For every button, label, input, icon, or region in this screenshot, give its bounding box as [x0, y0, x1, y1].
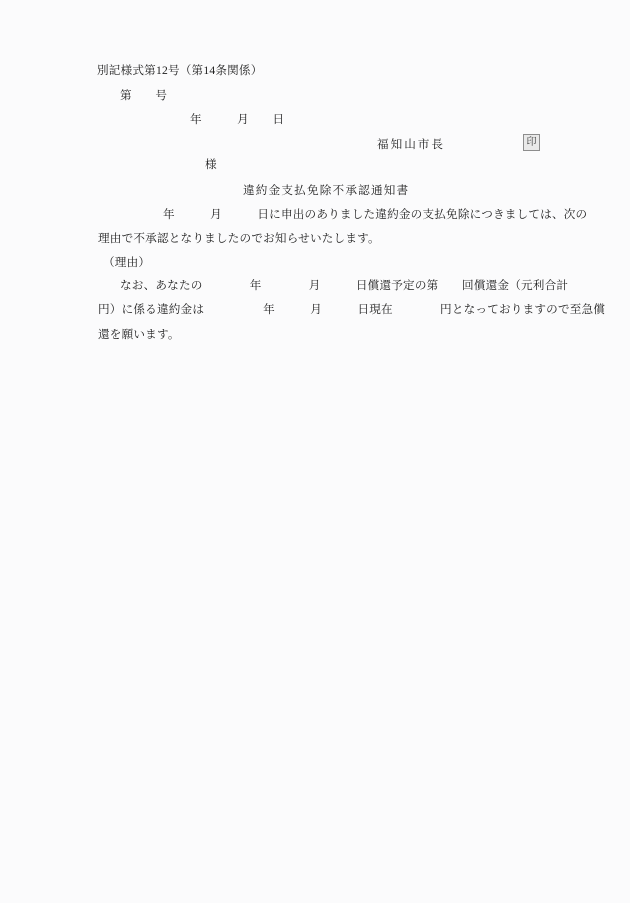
body-paragraph1-line2: 理由で不承認となりましたのでお知らせいたします。: [98, 231, 380, 246]
addressee-honorific: 様: [205, 157, 217, 172]
document-title: 違約金支払免除不承認通知書: [243, 183, 409, 198]
body-paragraph2-line1: なお、あなたの 年 月 日償還予定の第 回償還金（元利合計: [120, 278, 568, 293]
seal-mark: 印: [523, 134, 540, 151]
date-line: 年 月 日: [190, 112, 284, 127]
body-paragraph1-line1: 年 月 日に申出のありました違約金の支払免除につきましては、次の: [163, 207, 587, 222]
reason-label: （理由）: [103, 255, 150, 270]
document-page: 別記様式第12号（第14条関係） 第 号 年 月 日 福知山市長 印 様 違約金…: [0, 0, 630, 903]
form-reference: 別記様式第12号（第14条関係）: [97, 63, 263, 78]
sender-name: 福知山市長: [377, 137, 445, 152]
document-number-line: 第 号: [120, 88, 167, 103]
body-paragraph2-line2: 円）に係る違約金は 年 月 日現在 円となっておりますので至急償: [98, 302, 605, 317]
body-paragraph2-line3: 還を願います。: [98, 327, 180, 342]
